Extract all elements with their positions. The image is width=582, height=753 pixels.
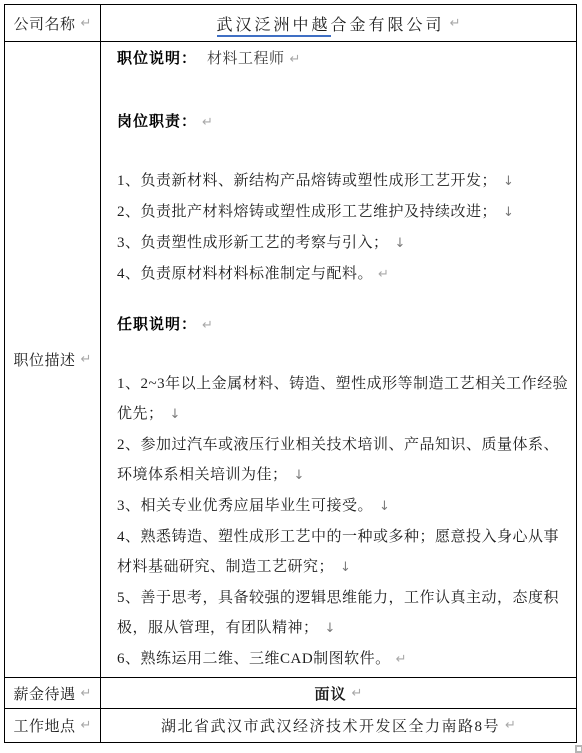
requirement-text: 4、熟悉铸造、塑性成形工艺中的一种或多种；愿意投入身心从事 <box>117 522 568 552</box>
requirements-heading: 任职说明： <box>117 317 197 333</box>
linebreak-mark: ↓ <box>503 205 514 220</box>
company-label-cell: 公司名称↵ <box>5 5 101 42</box>
requirement-text: 3、相关专业优秀应届毕业生可接受。 <box>117 498 373 514</box>
pilcrow-mark: ↵ <box>352 686 363 701</box>
linebreak-mark: ↓ <box>340 560 351 575</box>
pilcrow-mark: ↵ <box>81 16 92 31</box>
pilcrow-mark: ↵ <box>202 318 213 333</box>
table-resize-handle[interactable] <box>575 745 582 753</box>
duty-text: 1、负责新材料、新结构产品熔铸或塑性成形工艺开发； <box>117 173 497 189</box>
linebreak-mark: ↓ <box>325 621 336 636</box>
requirement-item: 1、2~3年以上金属材料、铸造、塑性成形等制造工艺相关工作经验优先；↓ <box>117 369 568 430</box>
pilcrow-mark: ↵ <box>450 16 461 31</box>
pilcrow-mark: ↵ <box>81 686 92 701</box>
requirement-item: 6、熟练运用二维、三维CAD制图软件。↵ <box>117 644 568 675</box>
duty-item: 3、负责塑性成形新工艺的考察与引入；↓ <box>117 228 568 259</box>
salary-value-cell: 面议↵ <box>101 678 576 709</box>
company-name-underlined: 武汉泛洲中越 <box>217 17 331 37</box>
duty-text: 3、负责塑性成形新工艺的考察与引入； <box>117 235 389 251</box>
spacer <box>117 138 568 166</box>
requirement-text: 6、熟练运用二维、三维CAD制图软件。 <box>117 651 391 667</box>
requirements-heading-line: 任职说明：↵ <box>117 310 568 341</box>
pilcrow-mark: ↵ <box>505 718 516 733</box>
requirement-text: 2、参加过汽车或液压行业相关技术培训、产品知识、质量体系、 <box>117 430 568 460</box>
description-label-cell: 职位描述↵ <box>5 42 101 678</box>
job-posting-table: 公司名称↵ 武汉泛洲中越合金有限公司↵ 职位描述↵ 职位说明：材料工程师↵ 岗位… <box>4 4 577 743</box>
company-name-cell: 武汉泛洲中越合金有限公司↵ <box>101 5 576 42</box>
description-label: 职位描述 <box>14 349 76 370</box>
position-line: 职位说明：材料工程师↵ <box>117 44 568 75</box>
requirement-text: 5、善于思考，具备较强的逻辑思维能力，工作认真主动，态度积 <box>117 583 568 613</box>
description-content-cell: 职位说明：材料工程师↵ 岗位职责：↵ 1、负责新材料、新结构产品熔铸或塑性成形工… <box>101 42 576 678</box>
salary-value: 面议 <box>315 683 347 704</box>
requirement-item: 3、相关专业优秀应届毕业生可接受。↓ <box>117 491 568 522</box>
document-page: { "marks": { "para": "↵", "line": "↓" },… <box>0 0 582 753</box>
location-label-cell: 工作地点↵ <box>5 709 101 742</box>
requirement-text-wrap: 优先；↓ <box>117 399 568 430</box>
linebreak-mark: ↓ <box>170 407 181 422</box>
duty-item: 4、负责原材料材料标准制定与配料。↵ <box>117 259 568 290</box>
spacer <box>117 290 568 310</box>
requirement-item: 5、善于思考，具备较强的逻辑思维能力，工作认真主动，态度积极，服从管理，有团队精… <box>117 583 568 644</box>
company-name-rest: 合金有限公司 <box>331 17 445 34</box>
requirement-item: 4、熟悉铸造、塑性成形工艺中的一种或多种；愿意投入身心从事材料基础研究、制造工艺… <box>117 522 568 583</box>
requirement-text-wrap: 极，服从管理，有团队精神；↓ <box>117 613 568 644</box>
pilcrow-mark: ↵ <box>290 52 301 67</box>
pilcrow-mark: ↵ <box>396 652 407 667</box>
location-value: 湖北省武汉市武汉经济技术开发区全力南路8号 <box>161 715 500 736</box>
company-name: 武汉泛洲中越合金有限公司 <box>217 12 445 35</box>
duties-heading: 岗位职责： <box>117 114 197 130</box>
duty-text: 2、负责批产材料熔铸或塑性成形工艺维护及持续改进； <box>117 204 497 220</box>
duty-item: 1、负责新材料、新结构产品熔铸或塑性成形工艺开发；↓ <box>117 166 568 197</box>
spacer <box>117 341 568 369</box>
company-label: 公司名称 <box>14 13 76 34</box>
location-label: 工作地点 <box>14 715 76 736</box>
pilcrow-mark: ↵ <box>378 267 389 282</box>
location-value-cell: 湖北省武汉市武汉经济技术开发区全力南路8号↵ <box>101 709 576 742</box>
requirement-text: 1、2~3年以上金属材料、铸造、塑性成形等制造工艺相关工作经验 <box>117 369 568 399</box>
position-value: 材料工程师 <box>207 51 285 67</box>
position-heading: 职位说明： <box>117 51 197 67</box>
requirement-text-wrap: 材料基础研究、制造工艺研究；↓ <box>117 552 568 583</box>
pilcrow-mark: ↵ <box>81 718 92 733</box>
linebreak-mark: ↓ <box>503 174 514 189</box>
linebreak-mark: ↓ <box>294 468 305 483</box>
pilcrow-mark: ↵ <box>81 352 92 367</box>
salary-label-cell: 薪金待遇↵ <box>5 678 101 709</box>
duty-item: 2、负责批产材料熔铸或塑性成形工艺维护及持续改进；↓ <box>117 197 568 228</box>
pilcrow-mark: ↵ <box>202 115 213 130</box>
requirement-text-wrap: 环境体系相关培训为佳；↓ <box>117 460 568 491</box>
spacer <box>117 75 568 107</box>
requirement-item: 2、参加过汽车或液压行业相关技术培训、产品知识、质量体系、环境体系相关培训为佳；… <box>117 430 568 491</box>
linebreak-mark: ↓ <box>379 499 390 514</box>
salary-label: 薪金待遇 <box>14 683 76 704</box>
duties-heading-line: 岗位职责：↵ <box>117 107 568 138</box>
linebreak-mark: ↓ <box>395 236 406 251</box>
duty-text: 4、负责原材料材料标准制定与配料。 <box>117 266 373 282</box>
